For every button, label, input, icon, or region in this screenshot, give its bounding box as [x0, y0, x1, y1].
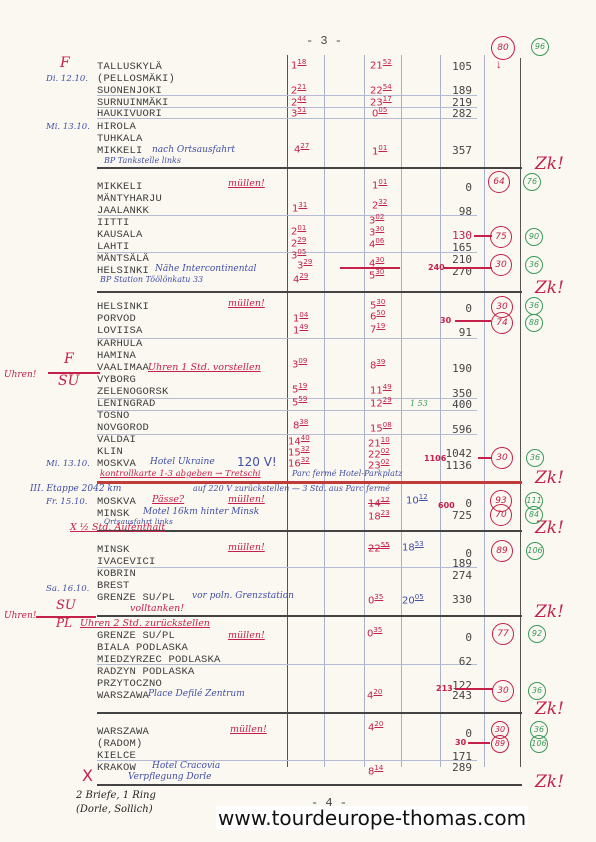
- stop-note: X ½ Std. Aufenthalt: [70, 522, 165, 533]
- km-value: 243: [452, 689, 472, 702]
- grid-line: [440, 55, 441, 767]
- arrow-left-icon: [478, 457, 492, 459]
- green-circle: 36: [528, 682, 546, 700]
- place-name: KARHULA: [97, 338, 143, 350]
- row-line: [97, 434, 477, 435]
- handwritten-note: 2 Briefe, 1 Ring: [76, 790, 156, 801]
- km-value: 1136: [446, 459, 473, 472]
- arr-time: 1412: [368, 496, 390, 509]
- date-note: Mi. 13.10.: [46, 122, 90, 133]
- km-value: 596: [452, 423, 472, 436]
- km-value: 0: [465, 727, 472, 740]
- place-name: SUONENJOKI: [97, 85, 162, 97]
- handwritten-note: BP Station Töölönkatu 33: [100, 275, 203, 284]
- green-circle: 36: [525, 256, 543, 274]
- header-red-circle: 80: [491, 36, 515, 60]
- arr-time: 101: [372, 144, 387, 157]
- mullen-note: müllen!: [228, 494, 265, 505]
- zk-mark: Zk!: [535, 468, 564, 488]
- arr-time: 2152: [370, 58, 392, 71]
- place-name: TALLUSKYLÄ: [97, 61, 162, 73]
- arr-time: 035: [367, 626, 382, 639]
- red-circle: 75: [490, 226, 512, 248]
- grid-line: [364, 55, 365, 767]
- arr-time: 839: [370, 358, 385, 371]
- arr-time: 232: [372, 198, 387, 211]
- country-mark: SU: [58, 376, 79, 387]
- green-circle: 106: [526, 542, 544, 560]
- dep-time: 559: [292, 395, 307, 408]
- arr-time: 719: [370, 322, 385, 335]
- place-name: HELSINKI: [97, 301, 149, 313]
- handwritten-note: Motel 16km hinter Minsk: [143, 507, 259, 517]
- header-green-circle: 96: [531, 38, 549, 56]
- km-value: 0: [465, 181, 472, 194]
- arrow-left-icon: [455, 320, 491, 322]
- place-name: PORVOD: [97, 313, 136, 325]
- arr-time: 530: [369, 268, 384, 281]
- place-name: TUHKALA: [97, 133, 143, 145]
- km-correction: 213: [436, 684, 453, 693]
- place-name: NOVGOROD: [97, 422, 149, 434]
- green-circle: 90: [525, 228, 543, 246]
- red-circle: 89: [491, 735, 509, 753]
- section-separator: [97, 167, 522, 169]
- green-circle: 92: [528, 625, 546, 643]
- red-circle: 70: [490, 504, 512, 526]
- handwritten-note: kontrollkarte 1-3 abgeben → Tretschi: [100, 469, 261, 479]
- place-name: IITTI: [97, 217, 130, 229]
- km-value: 190: [452, 362, 472, 375]
- place-name: HIROLA: [97, 121, 136, 133]
- dep-time: 429: [293, 272, 308, 285]
- place-name: IVACEVICI: [97, 556, 156, 568]
- date-note: Sa. 16.10.: [46, 584, 89, 595]
- place-name: WARSZAWA: [97, 690, 149, 702]
- place-name: LOVIISA: [97, 325, 143, 337]
- date-note: Mi. 13.10.: [46, 459, 90, 470]
- zk-mark: Zk!: [535, 154, 564, 174]
- km-value: 330: [452, 593, 472, 606]
- clock-reminder: Uhren!: [4, 611, 36, 622]
- arrow-line: [340, 267, 400, 269]
- grid-line: [401, 55, 402, 767]
- place-name: MINSK: [97, 544, 130, 556]
- dep-time: 118: [291, 58, 306, 71]
- clock-note: Uhren 2 Std. zurückstellen: [80, 618, 210, 629]
- handwritten-note: Nähe Intercontinental: [155, 264, 256, 274]
- arr-time: 2255: [368, 541, 390, 554]
- green-circle: 88: [525, 314, 543, 332]
- km-value: 725: [452, 509, 472, 522]
- dep-time: 427: [294, 142, 309, 155]
- dep-time: 351: [291, 106, 306, 119]
- handwritten-note: nach Ortsausfahrt: [152, 145, 235, 155]
- date-note: Fr. 15.10.: [46, 497, 87, 508]
- km-correction: 1106: [424, 454, 446, 463]
- place-name: LENINGRAD: [97, 398, 156, 410]
- section-separator: [97, 784, 522, 786]
- zk-mark: Zk!: [535, 602, 564, 622]
- arr-time: 406: [369, 237, 384, 250]
- place-name: MIEDZYRZEC PODLASKA: [97, 654, 221, 666]
- place-name: BREST: [97, 580, 130, 592]
- green-circle: 76: [523, 173, 541, 191]
- green-circle: 36: [525, 297, 543, 315]
- dep-time: 519: [292, 382, 307, 395]
- red-circle: 30: [491, 447, 513, 469]
- country-mark: F: [64, 354, 74, 365]
- mullen-note: müllen!: [228, 298, 265, 309]
- grid-line: [520, 58, 521, 767]
- place-name: WARSZAWA: [97, 726, 149, 738]
- arr-time: 1149: [370, 383, 392, 396]
- clock-note: Uhren 1 Std. vorstellen: [148, 362, 261, 373]
- arr-time: 814: [368, 764, 383, 777]
- place-name: KLIN: [97, 446, 123, 458]
- grid-line: [484, 55, 485, 767]
- dep-time: 149: [293, 323, 308, 336]
- zk-mark: Zk!: [535, 772, 564, 792]
- km-correction: 600: [438, 501, 455, 510]
- handwritten-note: (Dorle, Sollich): [76, 804, 153, 815]
- arrow-left-icon: [444, 267, 492, 269]
- dep-time: 131: [292, 201, 307, 214]
- km-correction: 240: [428, 263, 445, 272]
- arr-time: 420: [367, 688, 382, 701]
- handwritten-note: vor poln. Grenzstation: [192, 591, 294, 601]
- arr-time: 1823: [368, 509, 390, 522]
- down-arrow-icon: ↓: [495, 58, 502, 72]
- place-name: KOBRIN: [97, 568, 136, 580]
- arr-time-alt: 2005: [402, 593, 424, 606]
- km-value: 0: [465, 631, 472, 644]
- red-circle: 30: [490, 254, 512, 276]
- handwritten-note: Verpflegung Dorle: [128, 772, 212, 782]
- country-mark: F: [60, 58, 70, 69]
- arr-time-alt: 1012: [406, 493, 428, 506]
- clock-reminder: Uhren!: [4, 370, 36, 381]
- section-separator: [97, 615, 522, 617]
- mullen-note: müllen!: [230, 724, 267, 735]
- green-circle: 36: [526, 449, 544, 467]
- page-number-top: - 3 -: [306, 34, 342, 48]
- km-value: 400: [452, 398, 472, 411]
- km-value: 289: [452, 761, 472, 774]
- mullen-note: müllen!: [228, 178, 265, 189]
- km-value: 282: [452, 107, 472, 120]
- dep-time-correction: 329: [297, 258, 312, 271]
- place-name: KAUSALA: [97, 229, 143, 241]
- voltage-note: 120 V!: [237, 455, 277, 469]
- place-name: HAUKIVUORI: [97, 108, 162, 120]
- place-name: VAALIMAA: [97, 362, 149, 374]
- place-name: MÄNTYHARJU: [97, 193, 162, 205]
- km-correction: 30: [455, 738, 466, 747]
- place-name: VALDAI: [97, 434, 136, 446]
- place-name: GRENZE SU/PL: [97, 630, 175, 642]
- stage-note: III. Etappe 2042 km: [30, 484, 121, 494]
- zk-mark: Zk!: [535, 278, 564, 298]
- stage-note: auf 220 V zurückstellen — 3 Std. aus Par…: [193, 484, 390, 493]
- row-line: [97, 215, 477, 216]
- handwritten-note: volltanken!: [130, 603, 184, 614]
- red-circle: 89: [491, 540, 513, 562]
- dep-time: 838: [293, 418, 308, 431]
- date-note: Di. 12.10.: [46, 74, 88, 85]
- green-circle: 84: [525, 506, 543, 524]
- place-name: MIKKELI: [97, 181, 143, 193]
- arr-time: 1508: [370, 421, 392, 434]
- place-name: JAALANKK: [97, 205, 149, 217]
- country-mark: SU: [56, 600, 76, 611]
- country-mark: PL: [56, 618, 72, 629]
- mullen-note: müllen!: [228, 630, 265, 641]
- place-name: BIALA PODLASKA: [97, 642, 188, 654]
- handwritten-note: Hotel Ukraine: [150, 457, 215, 467]
- arr-time: 420: [368, 720, 383, 733]
- dep-time: 1632: [288, 456, 310, 469]
- place-name: VYBORG: [97, 374, 136, 386]
- red-circle: 64: [488, 171, 510, 193]
- handwritten-note: BP Tankstelle links: [104, 156, 181, 165]
- red-circle: 30: [492, 680, 514, 702]
- arr-time: 650: [370, 309, 385, 322]
- passport-note: Pässe?: [152, 494, 184, 505]
- red-circle: 77: [492, 623, 514, 645]
- km-value: 0: [465, 302, 472, 315]
- km-value: 357: [452, 144, 472, 157]
- place-name: (PELLOSMÄKI): [97, 73, 175, 85]
- grid-line: [287, 55, 288, 767]
- arr-time: 005: [372, 106, 387, 119]
- row-line: [97, 410, 477, 411]
- place-name: ZELENOGORSK: [97, 386, 169, 398]
- km-value: 62: [459, 655, 472, 668]
- place-name: MÄNTSÄLÄ: [97, 253, 149, 265]
- km-value: 91: [459, 326, 472, 339]
- zk-mark: Zk!: [535, 699, 564, 719]
- handwritten-note: Hotel Cracovia: [152, 761, 220, 771]
- arr-time-alt: 1853: [402, 540, 424, 553]
- place-name: RADZYN PODLASKA: [97, 666, 195, 678]
- red-circle: 74: [491, 312, 513, 334]
- green-circle: 106: [530, 735, 548, 753]
- km-value: 274: [452, 569, 472, 582]
- place-name: HAMINA: [97, 350, 136, 362]
- km-value: 98: [459, 205, 472, 218]
- place-name: (RADOM): [97, 738, 143, 750]
- cross-mark-icon: X: [82, 766, 93, 785]
- place-name: LAHTI: [97, 241, 130, 253]
- grid-line: [324, 55, 325, 767]
- km-correction: 30: [440, 316, 451, 325]
- dep-time: 309: [292, 357, 307, 370]
- green-note: 1 53: [410, 398, 428, 409]
- mullen-note: müllen!: [228, 542, 265, 553]
- row-line: [97, 338, 477, 339]
- arr-time: 2302: [368, 458, 390, 471]
- place-name: MOSKVA: [97, 496, 136, 508]
- arr-time: 101: [372, 178, 387, 191]
- arrow-left-icon: [455, 688, 493, 690]
- website-watermark[interactable]: www.tourdeurope-thomas.com: [216, 806, 528, 830]
- km-value: 105: [452, 60, 472, 73]
- row-line: [97, 252, 477, 253]
- arr-time: 035: [368, 593, 383, 606]
- place-name: KIELCE: [97, 750, 136, 762]
- arrow-left-icon: [468, 742, 490, 744]
- section-separator: [97, 712, 522, 714]
- arr-time: 1229: [370, 396, 392, 409]
- handwritten-note: Place Defilé Zentrum: [148, 689, 245, 699]
- section-separator: [97, 291, 522, 293]
- place-name: TOSNO: [97, 410, 130, 422]
